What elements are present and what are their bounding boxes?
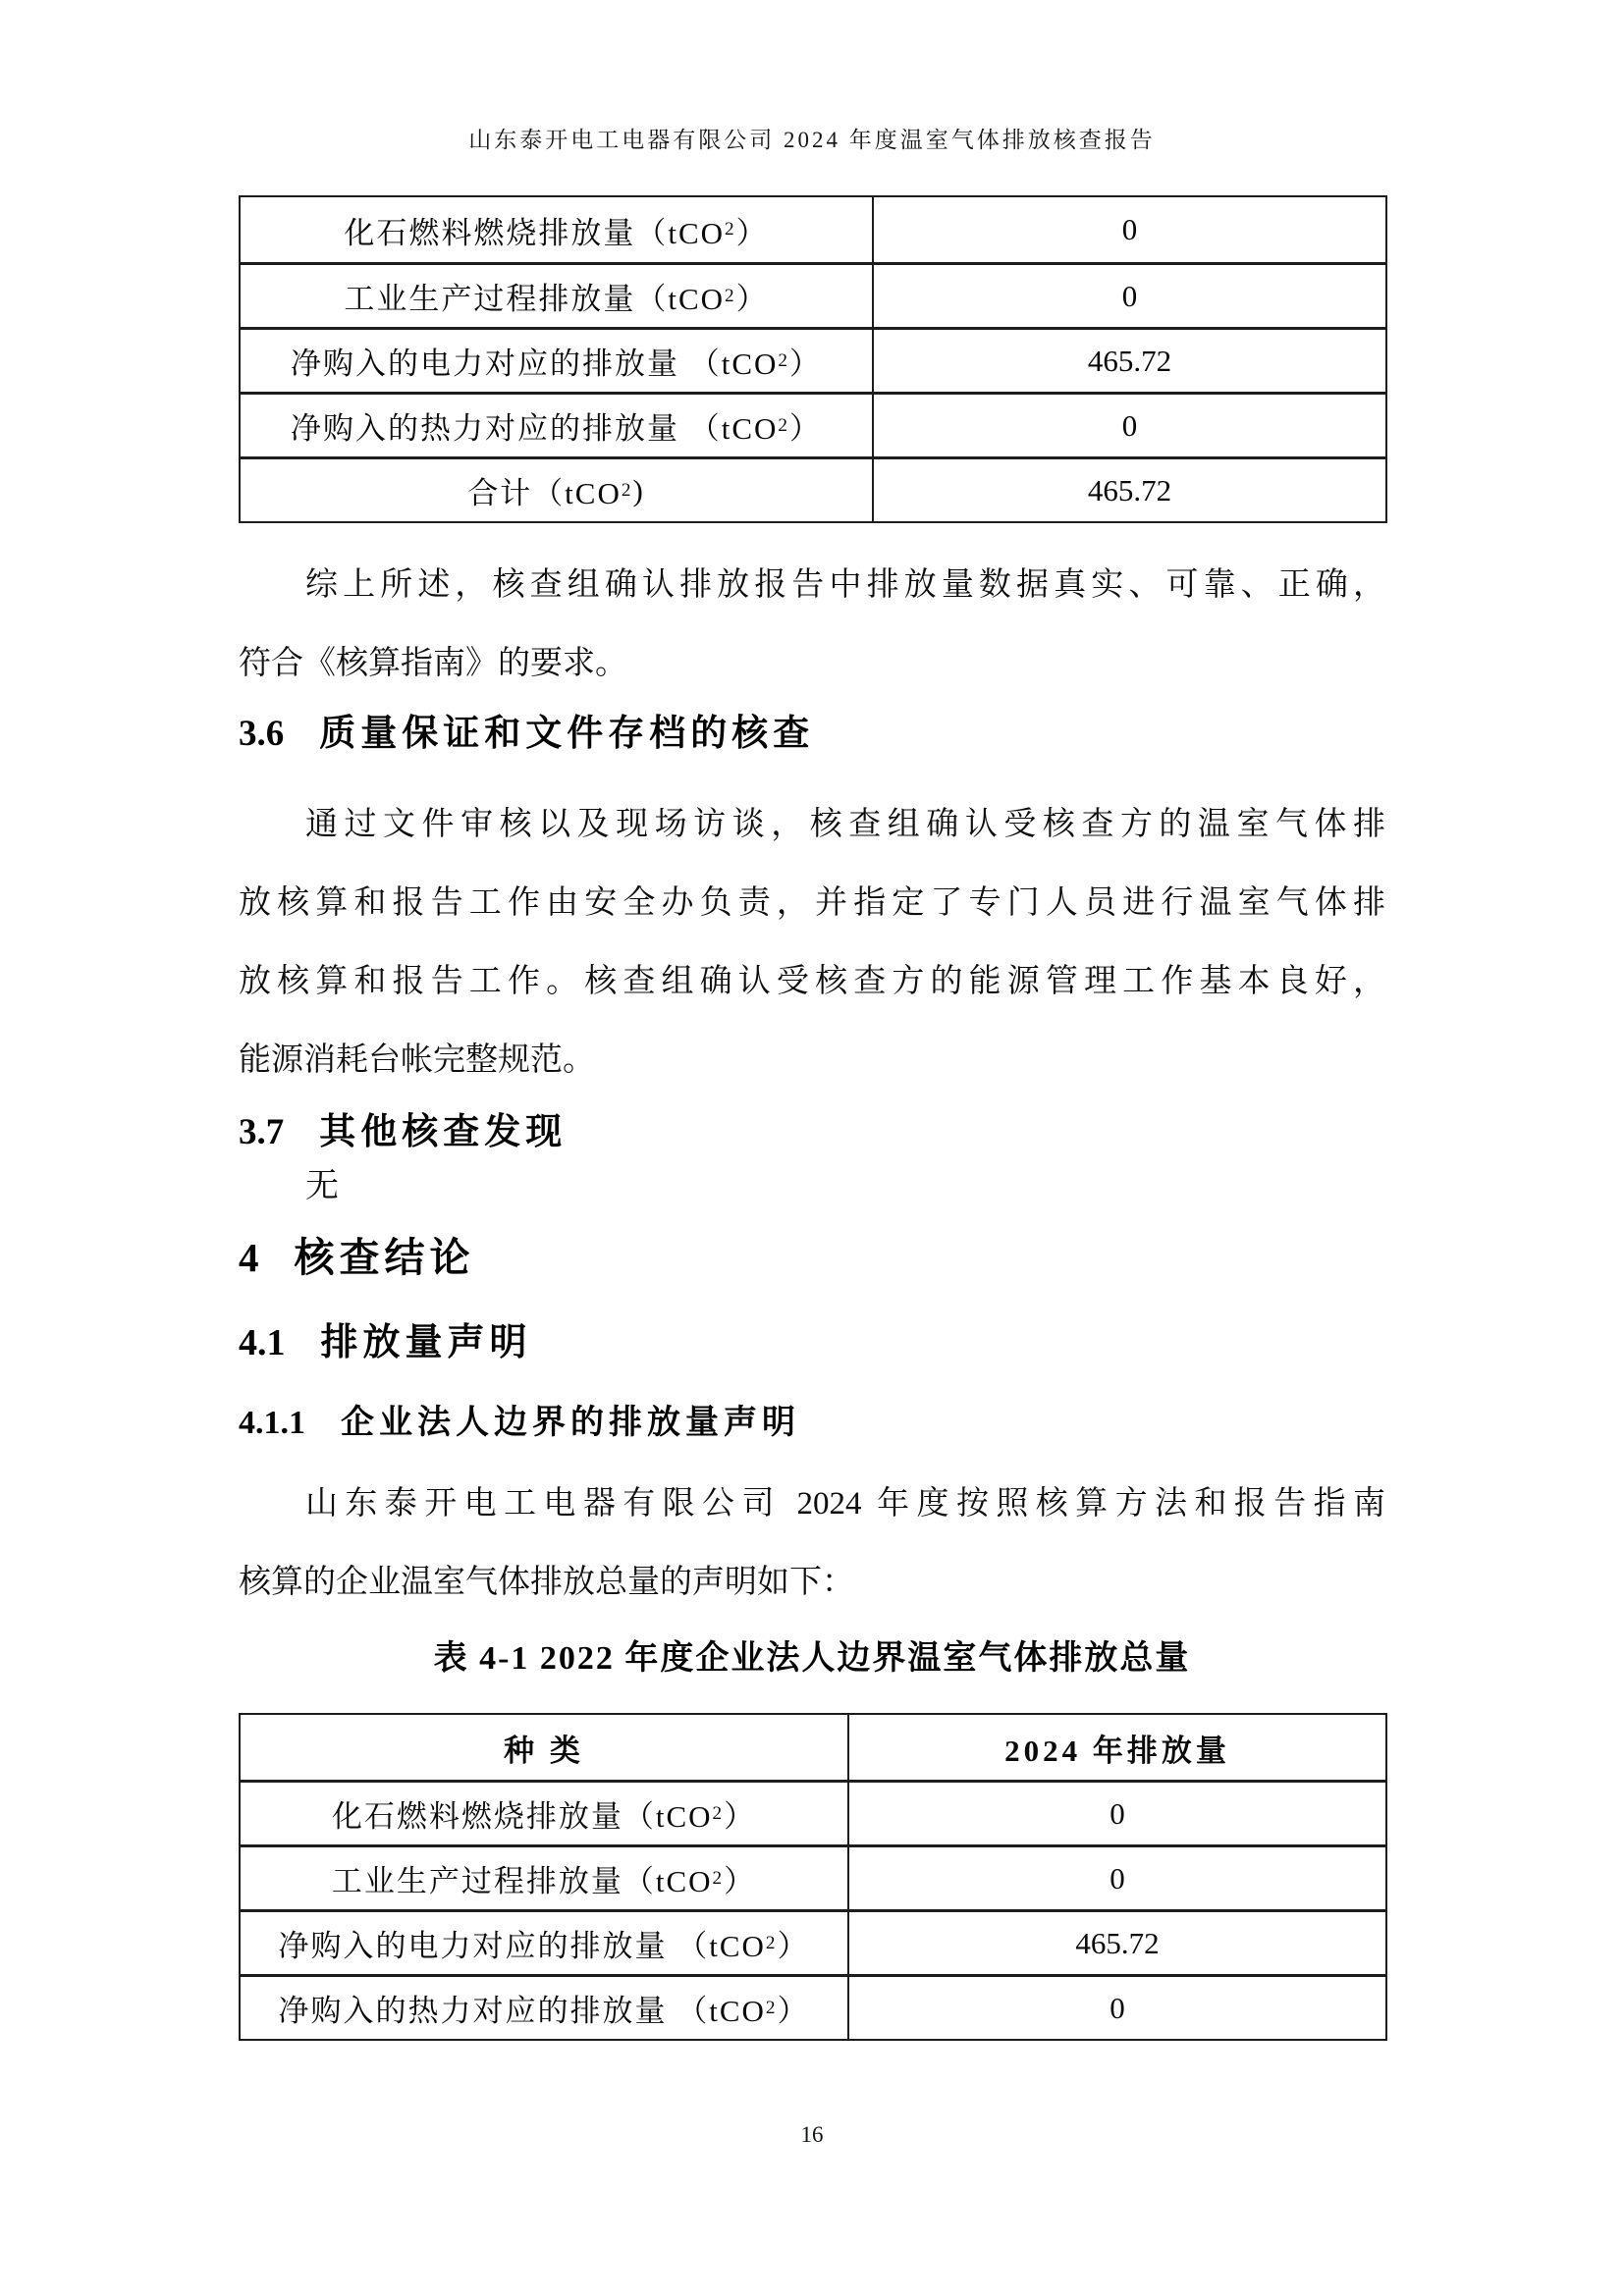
- heading-title: 核查结论: [295, 1235, 475, 1280]
- paragraph-quality-assurance: 通过文件审核以及现场访谈，核查组确认受核查方的温室气体排 放核算和报告工作由安全…: [239, 785, 1385, 1099]
- paragraph-line: 放核算和报告工作。核查组确认受核查方的能源管理工作基本良好，: [239, 942, 1385, 1021]
- label-text: 合计（tCO: [467, 468, 622, 512]
- label-text: ）: [724, 1791, 756, 1836]
- table-cell-value: 0: [849, 1977, 1385, 2039]
- table-row: 净购入的热力对应的排放量 （tCO2） 0: [241, 392, 1385, 456]
- paragraph-line: 通过文件审核以及现场访谈，核查组确认受核查方的温室气体排: [239, 785, 1385, 864]
- table-header-2024-emission: 2024 年排放量: [849, 1715, 1385, 1780]
- table-header-row: 种 类 2024 年排放量: [241, 1715, 1385, 1780]
- paragraph-line: 综上所述，核查组确认排放报告中排放量数据真实、可靠、正确，: [239, 546, 1385, 624]
- label-text: 工业生产过程排放量（tCO: [344, 274, 725, 318]
- label-text: ）: [736, 208, 769, 252]
- table-cell-value: 0: [874, 197, 1385, 262]
- label-text: 净购入的电力对应的排放量 （tCO: [291, 339, 778, 383]
- label-text: 净购入的热力对应的排放量 （tCO: [278, 1986, 765, 2030]
- label-text: ）: [778, 1921, 810, 1965]
- table-row: 工业生产过程排放量（tCO2） 0: [241, 1844, 1385, 1909]
- table-row: 净购入的热力对应的排放量 （tCO2） 0: [241, 1974, 1385, 2039]
- emission-declaration-table: 种 类 2024 年排放量 化石燃料燃烧排放量（tCO2） 0 工业生产过程排放…: [239, 1713, 1387, 2041]
- label-text: ）: [778, 1986, 810, 2030]
- table-cell-label: 化石燃料燃烧排放量（tCO2）: [241, 1783, 849, 1844]
- table-row: 净购入的电力对应的排放量 （tCO2） 465.72: [241, 327, 1385, 392]
- paragraph-declaration-intro: 山东泰开电工电器有限公司 2024 年度按照核算方法和报告指南 核算的企业温室气…: [239, 1465, 1385, 1622]
- heading-number: 4.1: [239, 1322, 286, 1363]
- label-text: ）: [789, 403, 822, 448]
- emission-totals-table-top: 化石燃料燃烧排放量（tCO2） 0 工业生产过程排放量（tCO2） 0 净购入的…: [239, 195, 1387, 523]
- section-heading-4: 4核查结论: [239, 1229, 475, 1286]
- table-row: 化石燃料燃烧排放量（tCO2） 0: [241, 197, 1385, 262]
- heading-number: 4.1.1: [239, 1405, 305, 1441]
- paragraph-line: 符合《核算指南》的要求。: [239, 624, 1385, 703]
- table-cell-value: 0: [874, 265, 1385, 327]
- heading-title: 企业法人边界的排放量声明: [341, 1405, 800, 1441]
- table-cell-value: 0: [849, 1783, 1385, 1844]
- section-heading-4-1-1: 4.1.1企业法人边界的排放量声明: [239, 1398, 800, 1449]
- table-cell-label: 工业生产过程排放量（tCO2）: [241, 1847, 849, 1909]
- table-header-type: 种 类: [241, 1715, 849, 1780]
- paragraph-line: 核算的企业温室气体排放总量的声明如下：: [239, 1543, 1385, 1622]
- paragraph-line: 放核算和报告工作由安全办负责，并指定了专门人员进行温室气体排: [239, 864, 1385, 942]
- label-text: 化石燃料燃烧排放量（tCO: [332, 1791, 713, 1836]
- heading-title: 质量保证和文件存档的核查: [319, 714, 814, 754]
- table-cell-label: 工业生产过程排放量（tCO2）: [241, 265, 874, 327]
- none-text: 无: [239, 1158, 1385, 1215]
- heading-number: 4: [239, 1235, 259, 1280]
- paragraph-line: 能源消耗台帐完整规范。: [239, 1021, 1385, 1099]
- table-row: 工业生产过程排放量（tCO2） 0: [241, 262, 1385, 327]
- label-text: 工业生产过程排放量（tCO: [332, 1856, 713, 1900]
- table-cell-label: 净购入的电力对应的排放量 （tCO2）: [241, 330, 874, 392]
- label-text: 净购入的热力对应的排放量 （tCO: [291, 403, 778, 448]
- label-text: 净购入的电力对应的排放量 （tCO: [278, 1921, 765, 1965]
- section-heading-4-1: 4.1排放量声明: [239, 1315, 532, 1370]
- heading-title: 其他核查发现: [319, 1112, 567, 1152]
- label-text: ): [632, 473, 644, 508]
- table-cell-value: 465.72: [874, 330, 1385, 392]
- table-row: 净购入的电力对应的排放量 （tCO2） 465.72: [241, 1909, 1385, 1974]
- paragraph-line: 山东泰开电工电器有限公司 2024 年度按照核算方法和报告指南: [239, 1465, 1385, 1543]
- label-text: 化石燃料燃烧排放量（tCO: [344, 208, 725, 252]
- table-cell-value: 0: [874, 395, 1385, 456]
- table-cell-label: 净购入的电力对应的排放量 （tCO2）: [241, 1912, 849, 1974]
- table-caption: 表 4-1 2022 年度企业法人边界温室气体排放总量: [0, 1633, 1624, 1684]
- table-cell-value: 465.72: [849, 1912, 1385, 1974]
- page-number: 16: [0, 2122, 1624, 2148]
- table-cell-label: 净购入的热力对应的排放量 （tCO2）: [241, 1977, 849, 2039]
- section-heading-3-7: 3.7其他核查发现: [239, 1107, 567, 1158]
- label-text: ）: [724, 1856, 756, 1900]
- table-cell-value: 0: [849, 1847, 1385, 1909]
- table-cell-value: 465.72: [874, 459, 1385, 521]
- label-text: ）: [789, 339, 822, 383]
- heading-title: 排放量声明: [321, 1322, 532, 1363]
- heading-number: 3.6: [239, 714, 284, 754]
- table-cell-label: 化石燃料燃烧排放量（tCO2）: [241, 197, 874, 262]
- page-header: 山东泰开电工电器有限公司 2024 年度温室气体排放核查报告: [0, 122, 1624, 154]
- document-page: 山东泰开电工电器有限公司 2024 年度温室气体排放核查报告 化石燃料燃烧排放量…: [0, 0, 1624, 2296]
- table-row: 化石燃料燃烧排放量（tCO2） 0: [241, 1780, 1385, 1844]
- table-cell-label: 净购入的热力对应的排放量 （tCO2）: [241, 395, 874, 456]
- table-row-total: 合计（tCO2) 465.72: [241, 456, 1385, 521]
- paragraph-conclusion: 综上所述，核查组确认排放报告中排放量数据真实、可靠、正确， 符合《核算指南》的要…: [239, 546, 1385, 703]
- label-text: ）: [736, 274, 769, 318]
- section-heading-3-6: 3.6质量保证和文件存档的核查: [239, 709, 814, 760]
- heading-number: 3.7: [239, 1112, 284, 1152]
- table-cell-label: 合计（tCO2): [241, 459, 874, 521]
